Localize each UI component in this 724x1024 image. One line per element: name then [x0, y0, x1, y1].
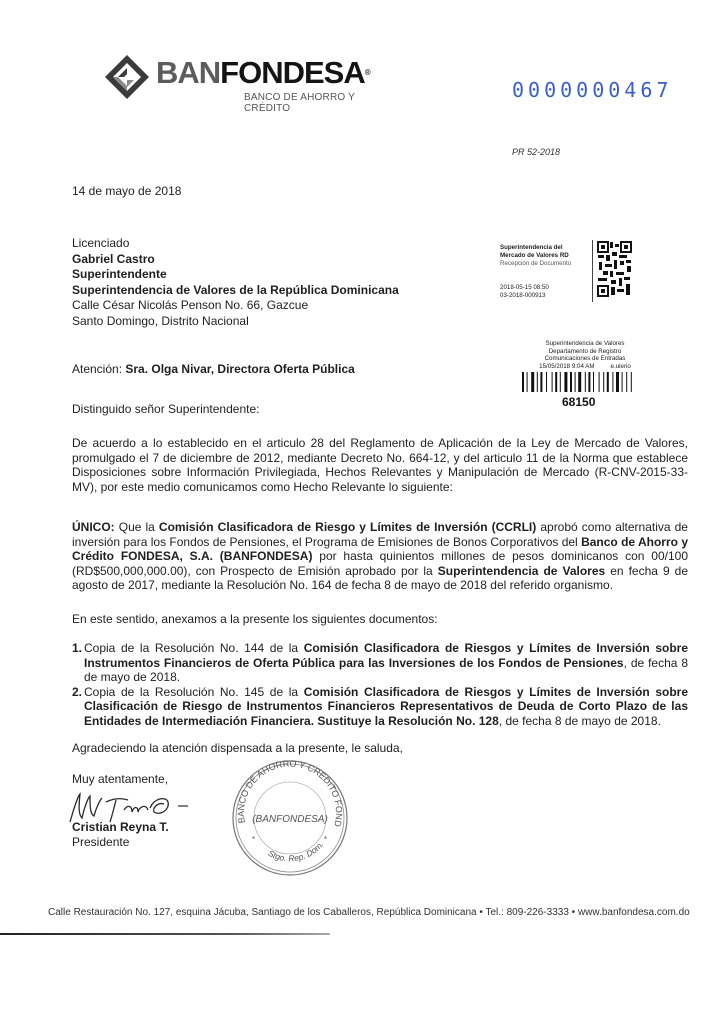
- footer-address: Calle Restauración No. 127, esquina Jácu…: [48, 907, 477, 918]
- recipient-title: Licenciado: [72, 236, 399, 252]
- paragraph-attachments-intro: En este sentido, anexamos a la presente …: [72, 612, 688, 627]
- footer-divider: [0, 933, 330, 935]
- registry-stamp: Superintendencia de Valores Departamento…: [510, 340, 660, 370]
- company-seal-icon: BANCO DE AHORRO Y CREDITO FONDESA, S.A. …: [230, 758, 350, 878]
- attachment-item: 1.Copia de la Resolución No. 144 de la C…: [72, 641, 688, 685]
- stamp-user: e.ulerio: [611, 363, 631, 371]
- barcode-number: 68150: [562, 395, 595, 409]
- attention-label: Atención:: [72, 362, 125, 376]
- svg-text:*: *: [324, 835, 327, 844]
- closing: Muy atentamente,: [72, 772, 168, 787]
- footer-phone: Tel.: 809-226-3333: [485, 907, 568, 918]
- logo-subtitle: BANCO DE AHORRO Y CRÉDITO: [244, 92, 404, 114]
- svg-text:Stgo. Rep. Dom.: Stgo. Rep. Dom.: [266, 839, 325, 863]
- stamp-line: Recepción de Documento: [500, 260, 586, 268]
- paragraph-thanks: Agradeciendo la atención dispensada a la…: [72, 741, 688, 756]
- paragraph-relevant-fact: ÚNICO: Que la Comisión Clasificadora de …: [72, 520, 688, 593]
- stamp-datetime: 15/05/2018 9:04 AM: [539, 363, 594, 371]
- greeting: Distinguido señor Superintendente:: [72, 402, 259, 417]
- reference-code: PR 52-2018: [512, 147, 560, 157]
- attention-line: Atención: Sra. Olga Nivar, Directora Ofe…: [72, 362, 355, 377]
- attachments-list: 1.Copia de la Resolución No. 144 de la C…: [72, 641, 688, 728]
- stamp-line: Superintendencia de Valores: [510, 340, 660, 348]
- paragraph-legal-basis: De acuerdo a lo establecido en el articu…: [72, 436, 688, 494]
- footer-contact: Calle Restauración No. 127, esquina Jácu…: [48, 907, 690, 918]
- signer-title: Presidente: [72, 835, 169, 850]
- letter-date: 14 de mayo de 2018: [72, 184, 181, 199]
- attachment-item: 2.Copia de la Resolución No. 145 de la C…: [72, 685, 688, 729]
- stamp-line: Comunicaciones de Entradas: [510, 355, 660, 363]
- footer-website[interactable]: www.banfondesa.com.do: [578, 907, 690, 918]
- recipient-address-line1: Calle César Nicolás Penson No. 66, Gazcu…: [72, 298, 399, 314]
- qr-code-icon: [592, 240, 632, 302]
- recipient-organization: Superintendencia de Valores de la Repúbl…: [72, 283, 399, 299]
- recipient-name: Gabriel Castro: [72, 252, 399, 268]
- unico-label: ÚNICO:: [72, 520, 115, 534]
- recipient-position: Superintendente: [72, 267, 399, 283]
- recipient-block: Licenciado Gabriel Castro Superintendent…: [72, 236, 399, 329]
- banfondesa-logo: BANFONDESA® BANCO DE AHORRO Y CRÉDITO: [104, 52, 404, 112]
- svg-text:*: *: [252, 835, 255, 844]
- stamp-line: Mercado de Valores RD: [500, 252, 586, 260]
- stamp-line: Departamento de Registro: [510, 348, 660, 356]
- stamp-datetime: 2018-05-15 08:50: [500, 284, 586, 292]
- recipient-address-line2: Santo Domingo, Distrito Nacional: [72, 314, 399, 330]
- reception-stamp: Superintendencia del Mercado de Valores …: [500, 244, 586, 300]
- attention-value: Sra. Olga Nivar, Directora Oferta Públic…: [125, 362, 354, 376]
- signer-name: Cristian Reyna T.: [72, 820, 169, 835]
- serial-number: 0000000467: [512, 78, 672, 102]
- banfondesa-diamond-icon: [104, 54, 150, 100]
- stamp-code: 03-2018-000913: [500, 292, 586, 300]
- svg-text:(BANFONDESA): (BANFONDESA): [252, 814, 328, 825]
- stamp-line: Superintendencia del: [500, 244, 586, 252]
- logo-wordmark: BANFONDESA®: [156, 56, 370, 90]
- barcode-icon: [522, 372, 662, 392]
- signer-block: Cristian Reyna T. Presidente: [72, 820, 169, 850]
